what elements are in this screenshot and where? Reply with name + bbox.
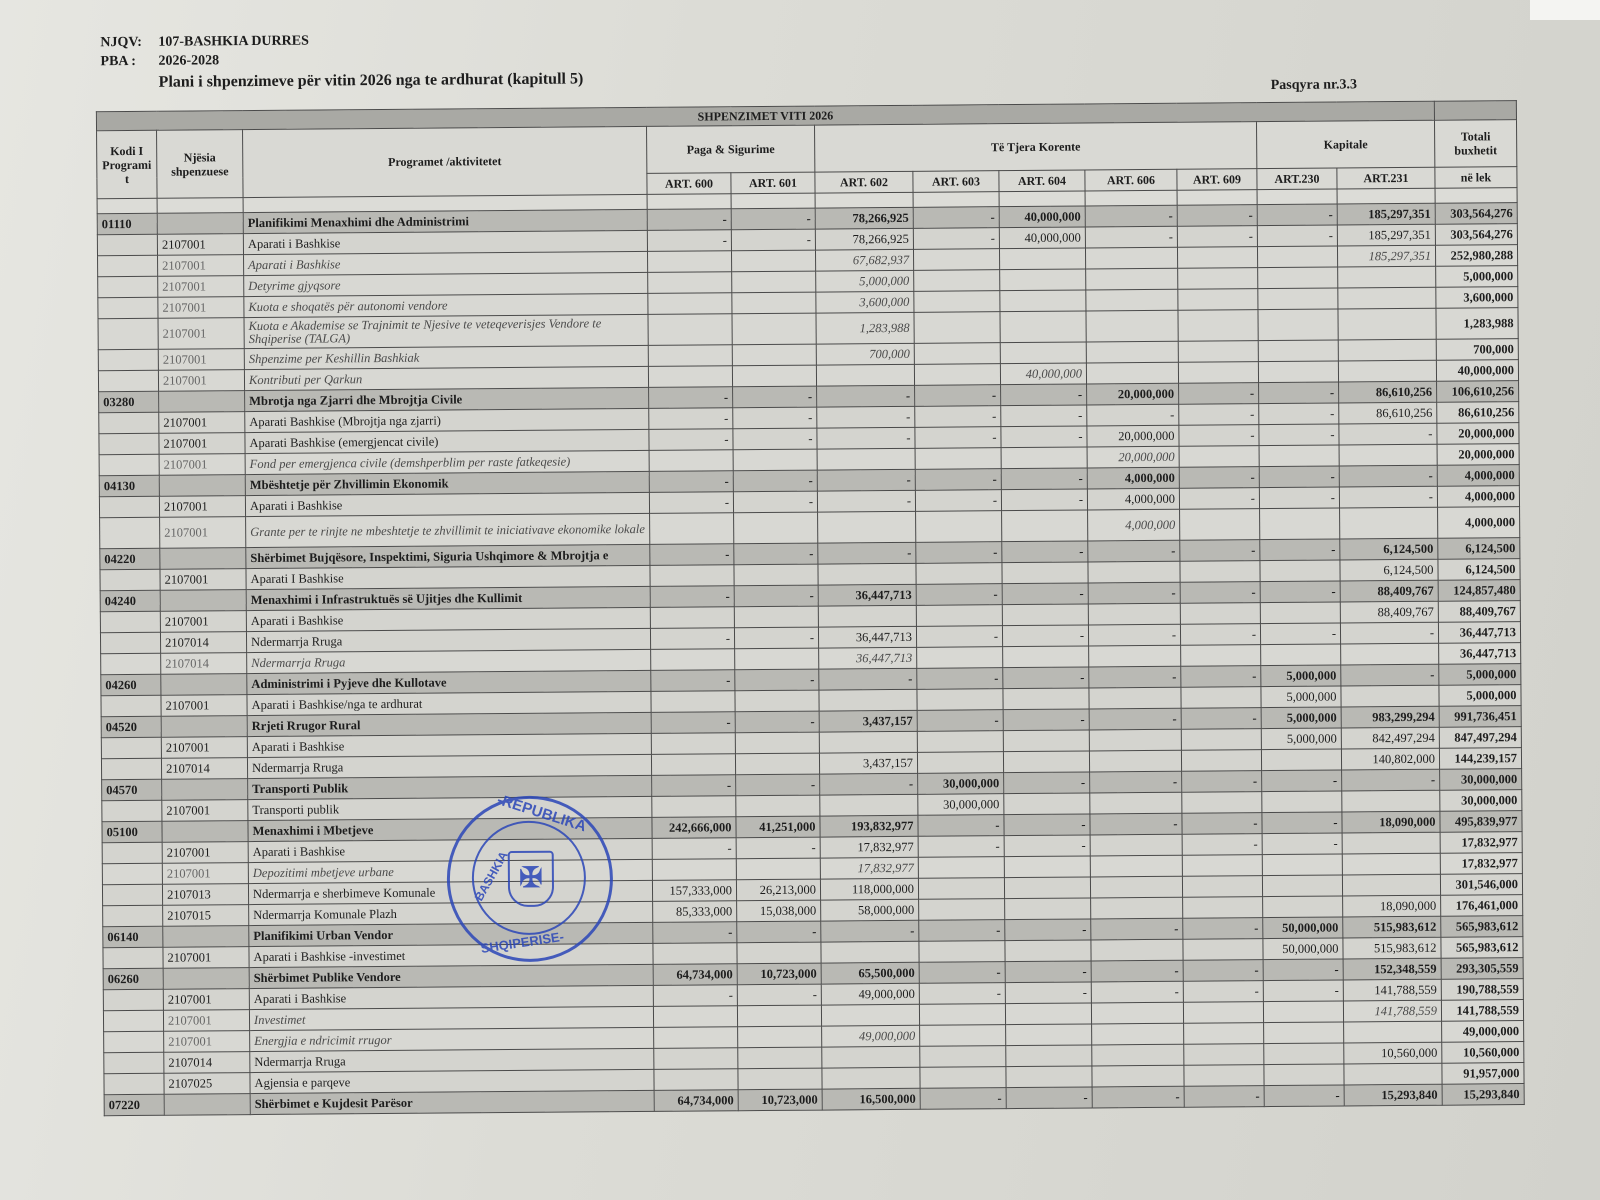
amount-cell: 185,297,351 [1337,203,1435,225]
amount-cell [1092,1023,1184,1045]
amount-cell: 5,000,000 [1261,686,1341,708]
amount-cell [1261,749,1341,771]
amount-cell: 17,832,977 [820,857,918,879]
amount-cell [1260,602,1340,624]
program-code: 06140 [103,926,163,947]
total-cell: 36,447,713 [1439,643,1521,665]
amount-cell: 4,000,000 [1087,467,1179,489]
amount-cell [1006,1066,1092,1088]
amount-cell: - [819,668,917,690]
total-cell: 495,839,977 [1440,811,1522,833]
amount-cell: 157,333,000 [652,880,736,902]
amount-cell: 5,000,000 [1261,707,1341,729]
amount-cell: - [1262,770,1342,792]
amount-cell: - [917,710,1003,732]
amount-cell [920,1025,1006,1047]
total-cell: 106,610,256 [1437,381,1519,403]
amount-cell [1000,342,1086,364]
total-cell: 565,983,612 [1441,937,1523,959]
amount-cell: - [1091,960,1183,982]
amount-cell [1262,854,1342,876]
amount-cell: - [653,985,737,1007]
program-code [102,800,162,821]
amount-cell: 6,124,500 [1340,559,1438,581]
total-cell: 36,447,713 [1438,622,1520,644]
amount-cell: - [1090,813,1182,835]
amount-cell: - [817,385,915,407]
program-code [101,653,161,674]
amount-cell: 16,500,000 [822,1088,920,1110]
amount-cell [1088,603,1180,625]
spending-unit [163,926,249,948]
amount-cell: - [1091,981,1183,1003]
amount-cell [1003,730,1089,752]
total-cell: 301,546,000 [1440,874,1522,896]
amount-cell [1183,939,1263,961]
amount-cell [1338,339,1436,361]
amount-cell: - [649,471,733,493]
amount-cell: - [649,387,733,409]
amount-cell [914,343,1000,365]
amount-cell: - [1004,814,1090,836]
amount-cell [732,313,816,345]
program-code [101,737,161,758]
amount-cell [1086,289,1178,311]
amount-cell: - [1181,708,1261,730]
spending-unit: 2107001 [163,947,249,969]
spending-unit [162,821,248,843]
amount-cell [1091,897,1183,919]
amount-cell: - [818,542,916,564]
amount-cell [1003,688,1089,710]
amount-cell: 3,437,157 [819,710,917,732]
amount-cell: - [731,229,815,251]
amount-cell: - [1003,709,1089,731]
total-cell: 144,239,157 [1439,748,1521,770]
amount-cell [651,754,735,776]
amount-cell [1089,645,1181,667]
amount-cell [1089,687,1181,709]
amount-cell: 141,788,559 [1343,979,1441,1001]
amount-cell: - [1183,981,1263,1003]
amount-cell [1260,508,1340,540]
amount-cell [1340,507,1438,539]
amount-cell [917,731,1003,753]
pba-label: PBA : [100,52,158,71]
amount-cell: 64,734,000 [654,1090,738,1112]
amount-cell [732,344,816,366]
spending-unit: 2107001 [160,611,246,633]
spending-unit: 2107001 [159,433,245,455]
program-code: 03280 [99,391,159,412]
program-code [98,370,158,391]
amount-cell: - [1182,834,1262,856]
spending-unit: 2107015 [163,905,249,927]
amount-cell [1258,288,1338,310]
amount-cell [1088,561,1180,583]
amount-cell: 64,734,000 [653,964,737,986]
amount-cell [1181,750,1261,772]
amount-cell: - [1179,425,1259,447]
amount-cell [918,857,1004,879]
program-code [103,989,163,1010]
program-code [102,842,162,863]
amount-cell: - [918,836,1004,858]
amount-cell: - [1088,540,1180,562]
amount-cell: 141,788,559 [1343,1000,1441,1022]
program-code [98,276,158,297]
amount-cell: 50,000,000 [1263,917,1343,939]
amount-cell: - [1002,583,1088,605]
amount-cell [649,450,733,472]
spending-unit: 2107001 [159,412,245,434]
amount-cell [914,364,1000,386]
amount-cell: - [1184,1086,1264,1108]
pba-value: 2026-2028 [158,51,219,70]
amount-cell: - [651,670,735,692]
amount-cell [737,942,821,964]
amount-cell [1262,791,1342,813]
amount-cell: - [1341,664,1439,686]
amount-cell [651,733,735,755]
amount-cell [1182,792,1262,814]
amount-cell: - [913,207,999,229]
amount-cell [732,271,816,293]
amount-cell [1261,644,1341,666]
amount-cell [1089,750,1181,772]
amount-cell [653,1006,737,1028]
amount-cell: - [1180,624,1260,646]
amount-cell: - [733,470,817,492]
amount-cell [1264,1022,1344,1044]
amount-cell: - [1183,960,1263,982]
spending-unit: 2107001 [158,318,244,350]
amount-cell: 36,447,713 [818,626,916,648]
amount-cell [651,691,735,713]
amount-cell: - [1002,625,1088,647]
amount-cell [914,312,1000,344]
total-cell: 6,124,500 [1438,538,1520,560]
amount-cell: - [1183,918,1263,940]
amount-cell [1086,268,1178,290]
amount-cell [734,606,818,628]
amount-cell [1342,853,1440,875]
amount-cell: 3,600,000 [816,291,914,313]
spending-unit: 2107001 [163,989,249,1011]
amount-cell: 36,447,713 [818,584,916,606]
amount-cell [1003,646,1089,668]
program-code [97,234,157,255]
amount-cell: - [817,406,915,428]
amount-cell [1184,1065,1264,1087]
amount-cell [914,270,1000,292]
amount-cell: - [737,984,821,1006]
amount-cell: - [916,584,1002,606]
program-code [99,496,159,517]
amount-cell [916,563,1002,585]
amount-cell: 20,000,000 [1087,383,1179,405]
amount-cell [735,690,819,712]
amount-cell: - [1180,540,1260,562]
spending-unit: 2107014 [161,758,247,780]
spending-unit: 2107001 [161,737,247,759]
program-code [103,905,163,926]
amount-cell: - [920,1088,1006,1110]
amount-cell: 18,090,000 [1343,895,1441,917]
amount-cell [1005,1003,1091,1025]
eagle-emblem-icon: ✠ [508,851,554,907]
amount-cell: 65,500,000 [821,962,919,984]
amount-cell: - [1085,205,1177,227]
col-art-603: ART. 603 [913,171,999,193]
amount-cell: - [1259,487,1339,509]
amount-cell [1344,1021,1442,1043]
spending-unit: 2107001 [162,863,248,885]
spending-unit: 2107001 [158,349,244,371]
amount-cell [1005,898,1091,920]
amount-cell [1182,855,1262,877]
amount-cell [1089,729,1181,751]
amount-cell: 36,447,713 [819,647,917,669]
amount-cell: - [736,774,820,796]
total-cell: 176,461,000 [1441,895,1523,917]
amount-cell: 15,038,000 [737,900,821,922]
amount-cell: - [817,490,915,512]
amount-cell: - [1002,541,1088,563]
amount-cell: 515,983,612 [1343,937,1441,959]
spending-unit [160,590,246,612]
amount-cell: 3,437,157 [819,752,917,774]
amount-cell [737,1005,821,1027]
amount-cell [1338,287,1436,309]
total-cell: 17,832,977 [1440,832,1522,854]
amount-cell [650,565,734,587]
program-code: 05100 [102,821,162,842]
amount-cell: - [916,542,1002,564]
amount-cell [1086,362,1178,384]
amount-cell [1338,266,1436,288]
amount-cell: - [1259,466,1339,488]
amount-cell [915,448,1001,470]
spending-unit [162,779,248,801]
amount-cell: - [733,428,817,450]
amount-cell [1342,874,1440,896]
amount-cell [1086,310,1178,342]
program-code: 06260 [103,968,163,989]
amount-cell [648,272,732,294]
amount-cell: - [1090,771,1182,793]
total-cell: 252,980,288 [1435,245,1517,267]
amount-cell [654,1048,738,1070]
total-cell: 30,000,000 [1440,790,1522,812]
total-cell: 15,293,840 [1442,1084,1524,1106]
amount-cell: 5,000,000 [1261,728,1341,750]
amount-cell [1178,341,1258,363]
amount-cell: - [817,469,915,491]
amount-cell [652,796,736,818]
amount-cell [738,1026,822,1048]
amount-cell [919,899,1005,921]
amount-cell: - [1005,982,1091,1004]
amount-cell: - [919,962,1005,984]
spending-unit [157,213,243,235]
amount-cell [1181,645,1261,667]
amount-cell [1000,311,1086,343]
spending-unit: 2107001 [158,255,244,277]
amount-cell: - [733,407,817,429]
amount-cell: - [1091,918,1183,940]
amount-cell [914,291,1000,313]
amount-cell: - [915,427,1001,449]
col-art-602: ART. 602 [815,171,913,193]
program-code [100,611,160,632]
amount-cell: 26,213,000 [736,879,820,901]
amount-cell: - [1088,582,1180,604]
table-body: 01110Planifikimi Menaxhimi dhe Administr… [97,188,1524,1116]
program-code [98,255,158,276]
amount-cell [1090,792,1182,814]
col-kodi: Kodi I Programi t [97,130,158,198]
amount-cell: - [1262,833,1342,855]
amount-cell: - [1177,226,1257,248]
amount-cell: - [1263,959,1343,981]
amount-cell: - [1179,467,1259,489]
amount-cell: - [1001,405,1087,427]
spending-unit: 2107001 [159,496,245,518]
amount-cell [816,364,914,386]
total-cell: 30,000,000 [1440,769,1522,791]
group-totali: Totali buxhetit [1434,120,1516,168]
amount-cell: - [1263,980,1343,1002]
amount-cell [1004,856,1090,878]
amount-cell: - [913,228,999,250]
amount-cell: - [731,208,815,230]
amount-cell [818,511,916,543]
amount-cell: 10,723,000 [737,963,821,985]
amount-cell [650,513,734,545]
spending-unit [160,548,246,570]
total-cell: 88,409,767 [1438,601,1520,623]
amount-cell: - [734,627,818,649]
amount-cell: 152,348,559 [1343,958,1441,980]
amount-cell: 40,000,000 [1000,363,1086,385]
amount-cell [1263,896,1343,918]
amount-cell: - [735,669,819,691]
amount-cell: - [1001,468,1087,490]
amount-cell: 86,610,256 [1339,402,1437,424]
amount-cell [1005,940,1091,962]
amount-cell [1086,341,1178,363]
program-code [101,695,161,716]
amount-cell: - [817,427,915,449]
amount-cell: 18,090,000 [1342,811,1440,833]
amount-cell [736,795,820,817]
amount-cell [648,314,732,346]
amount-cell: 118,000,000 [820,878,918,900]
amount-cell [917,752,1003,774]
group-kapitale: Kapitale [1256,120,1434,168]
amount-cell [1090,876,1182,898]
amount-cell: 30,000,000 [918,794,1004,816]
spending-unit: 2107001 [164,1031,250,1053]
program-name: Shërbimet e Kujdesit Parësor [250,1090,654,1114]
amount-cell: - [1179,488,1259,510]
amount-cell: 700,000 [816,343,914,365]
amount-cell: - [919,920,1005,942]
program-code: 04240 [100,590,160,611]
amount-cell: - [1001,384,1087,406]
amount-cell: 20,000,000 [1087,446,1179,468]
amount-cell [917,647,1003,669]
total-cell: 20,000,000 [1437,423,1519,445]
total-cell: 10,560,000 [1442,1042,1524,1064]
amount-cell [1264,1064,1344,1086]
spending-unit: 2107001 [163,1010,249,1032]
spending-unit: 2107013 [162,884,248,906]
amount-cell [820,794,918,816]
program-code: 04570 [102,779,162,800]
amount-cell: - [1339,465,1437,487]
amount-cell: - [917,668,1003,690]
amount-cell [1091,939,1183,961]
document-title: Plani i shpenzimeve për vitin 2026 nga t… [159,69,584,91]
spending-unit [159,391,245,413]
amount-cell: - [919,983,1005,1005]
amount-cell [1000,290,1086,312]
amount-cell: 10,560,000 [1344,1042,1442,1064]
program-code [99,433,159,454]
amount-cell [1183,1002,1263,1024]
amount-cell: 15,293,840 [1344,1084,1442,1106]
amount-cell: - [1001,489,1087,511]
amount-cell: 4,000,000 [1088,509,1180,541]
total-cell: 4,000,000 [1437,465,1519,487]
amount-cell [734,564,818,586]
amount-cell: - [918,815,1004,837]
amount-cell [1264,1043,1344,1065]
spending-unit [159,475,245,497]
amount-cell [648,366,732,388]
spending-unit: 2107001 [162,800,248,822]
amount-cell: 842,497,294 [1341,727,1439,749]
amount-cell [999,248,1085,270]
amount-cell: - [1260,623,1340,645]
amount-cell: - [733,491,817,513]
amount-cell: 88,409,767 [1340,580,1438,602]
program-code [102,884,162,905]
amount-cell: 40,000,000 [999,206,1085,228]
amount-cell [821,1004,919,1026]
spending-unit: 2107001 [159,454,245,476]
amount-cell [1090,834,1182,856]
amount-cell: - [1259,382,1339,404]
amount-cell: - [1182,813,1262,835]
total-cell: 847,497,294 [1439,727,1521,749]
amount-cell [1177,247,1257,269]
spending-unit: 2107025 [164,1073,250,1095]
total-cell: 293,305,559 [1441,958,1523,980]
amount-cell: 515,983,612 [1343,916,1441,938]
amount-cell [654,1069,738,1091]
amount-cell: - [737,921,821,943]
amount-cell: - [653,922,737,944]
amount-cell [1006,1024,1092,1046]
program-code [104,1052,164,1073]
amount-cell [1338,308,1436,340]
total-cell: 5,000,000 [1436,266,1518,288]
program-code [98,297,158,318]
total-cell: 3,600,000 [1436,287,1518,309]
